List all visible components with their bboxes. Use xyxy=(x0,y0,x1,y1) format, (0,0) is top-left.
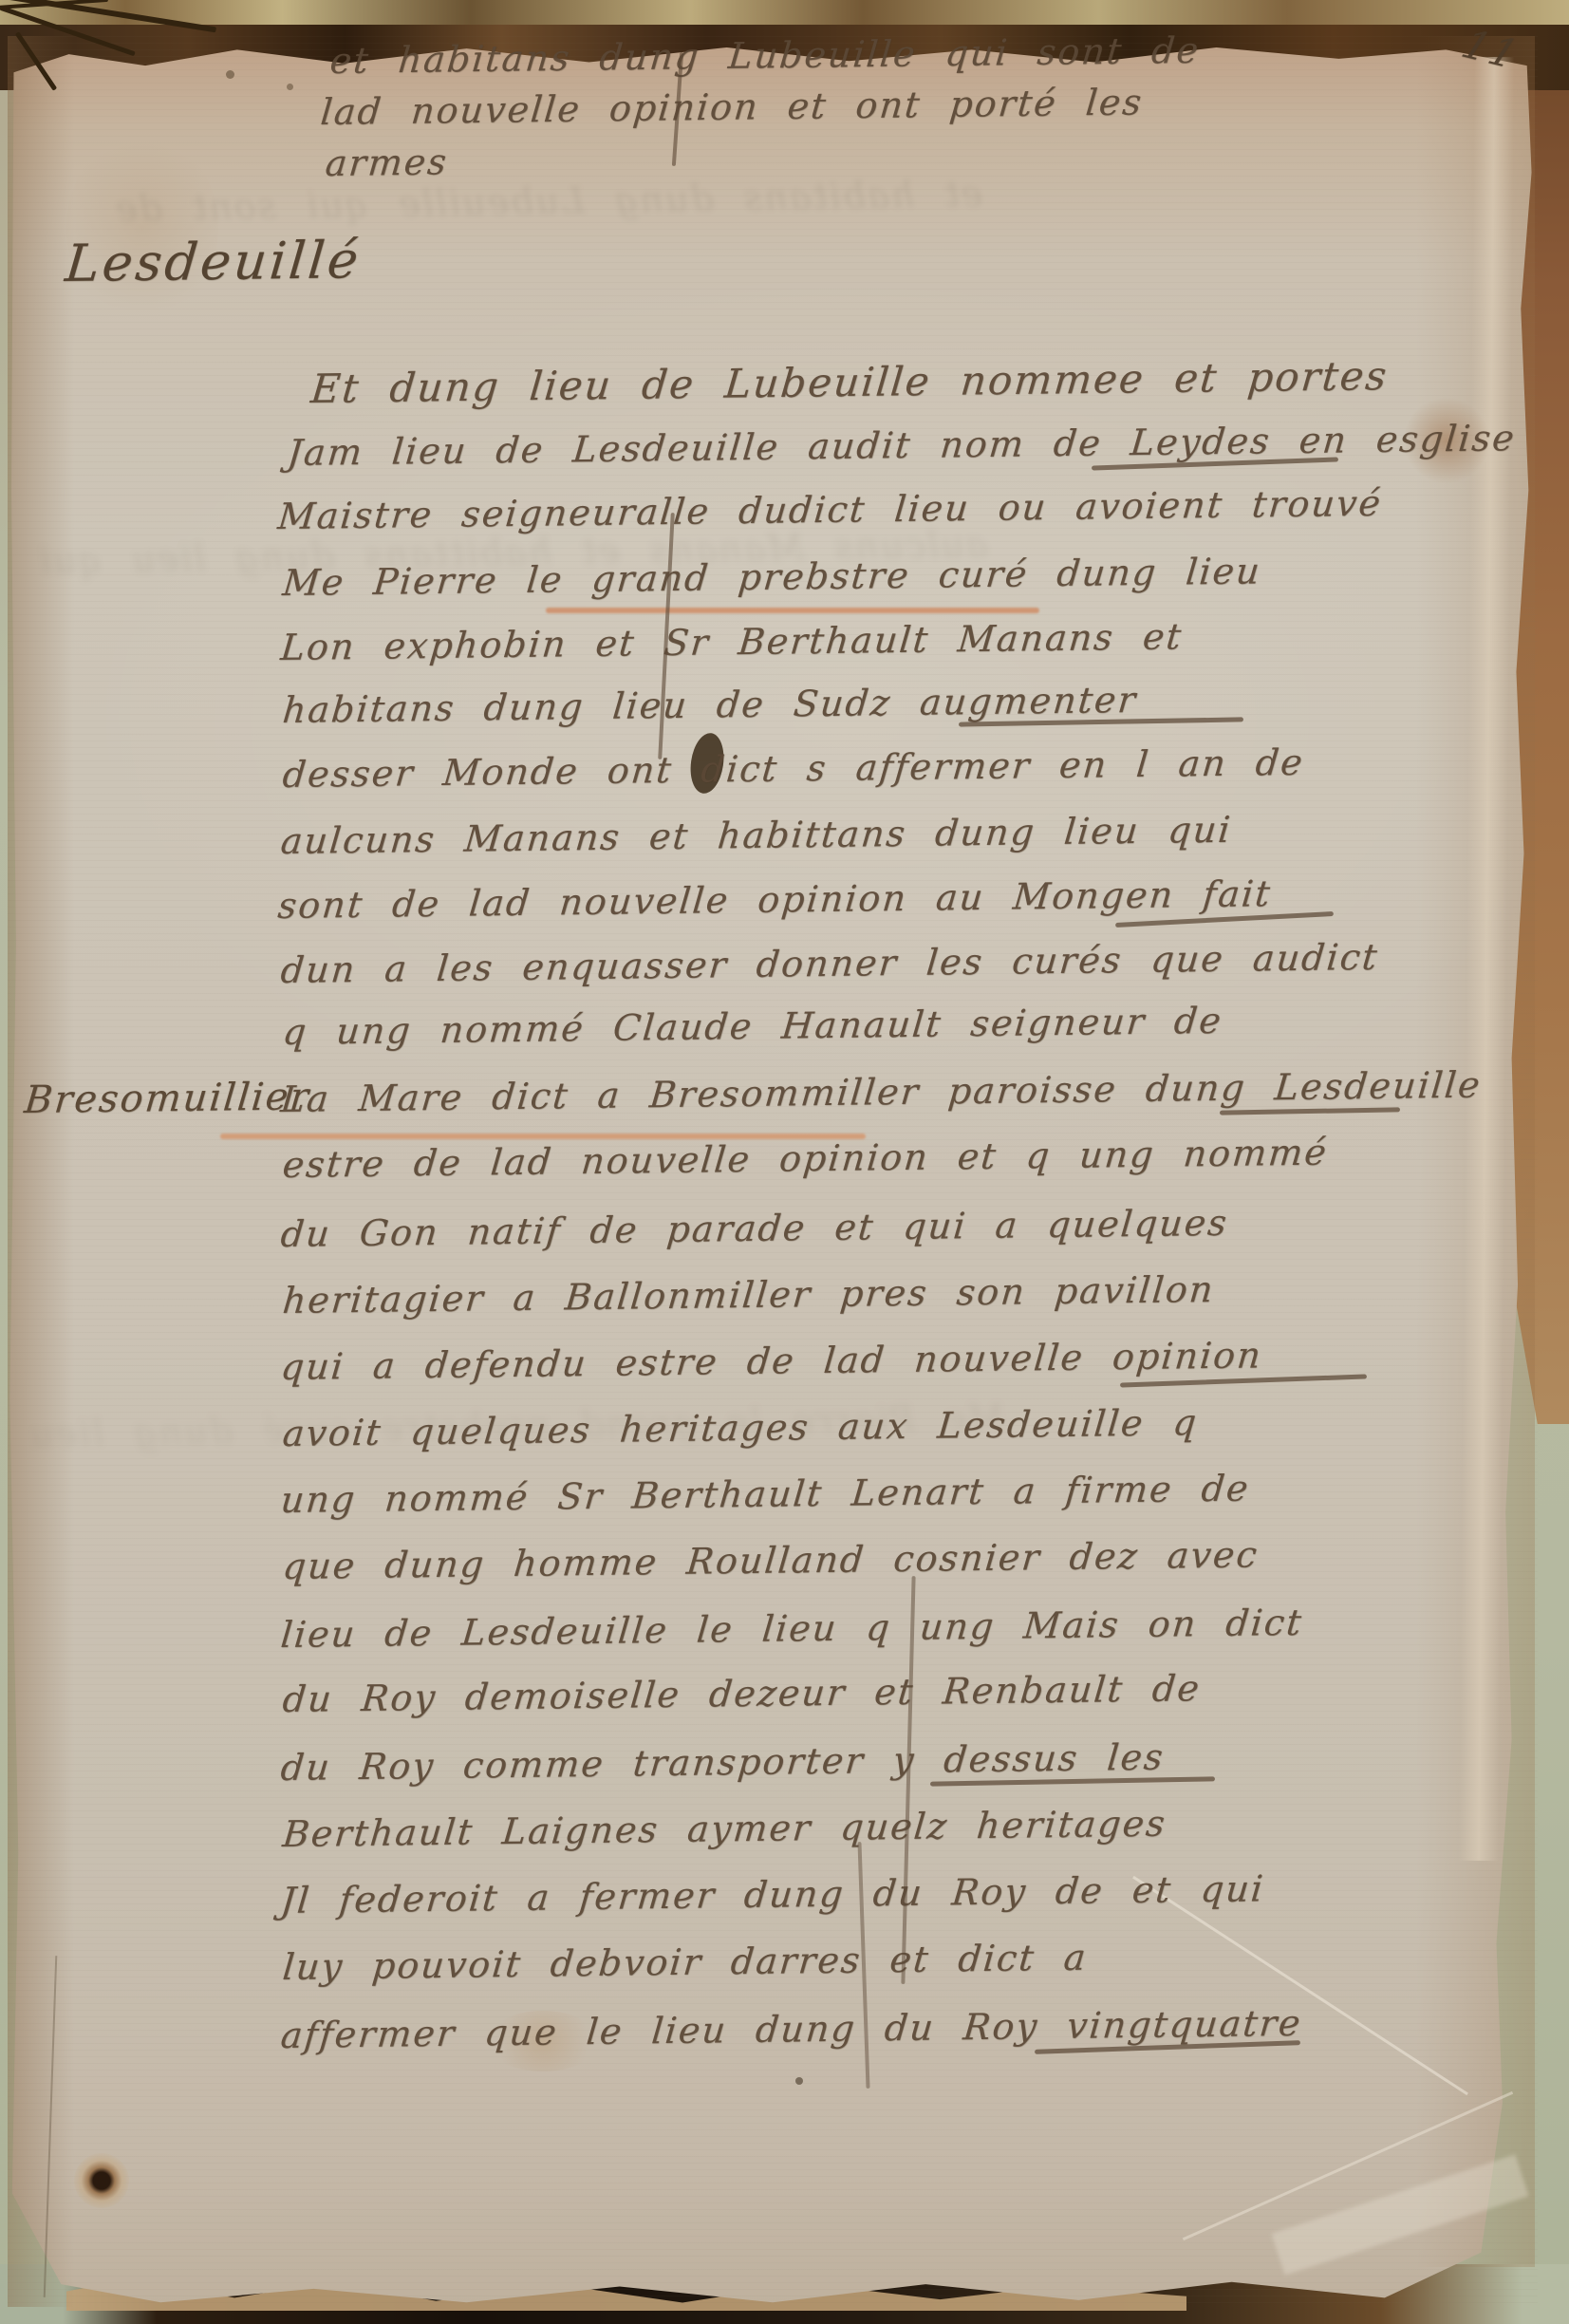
margin-heading: Lesdeuillé xyxy=(63,230,364,293)
gutter-shadow xyxy=(8,36,74,2307)
margin-note: Bresomuillier xyxy=(23,1075,312,1122)
header-line: armes xyxy=(324,141,450,184)
manuscript-photo: et habitans dung Lubeuille qui sont de a… xyxy=(0,0,1569,2324)
